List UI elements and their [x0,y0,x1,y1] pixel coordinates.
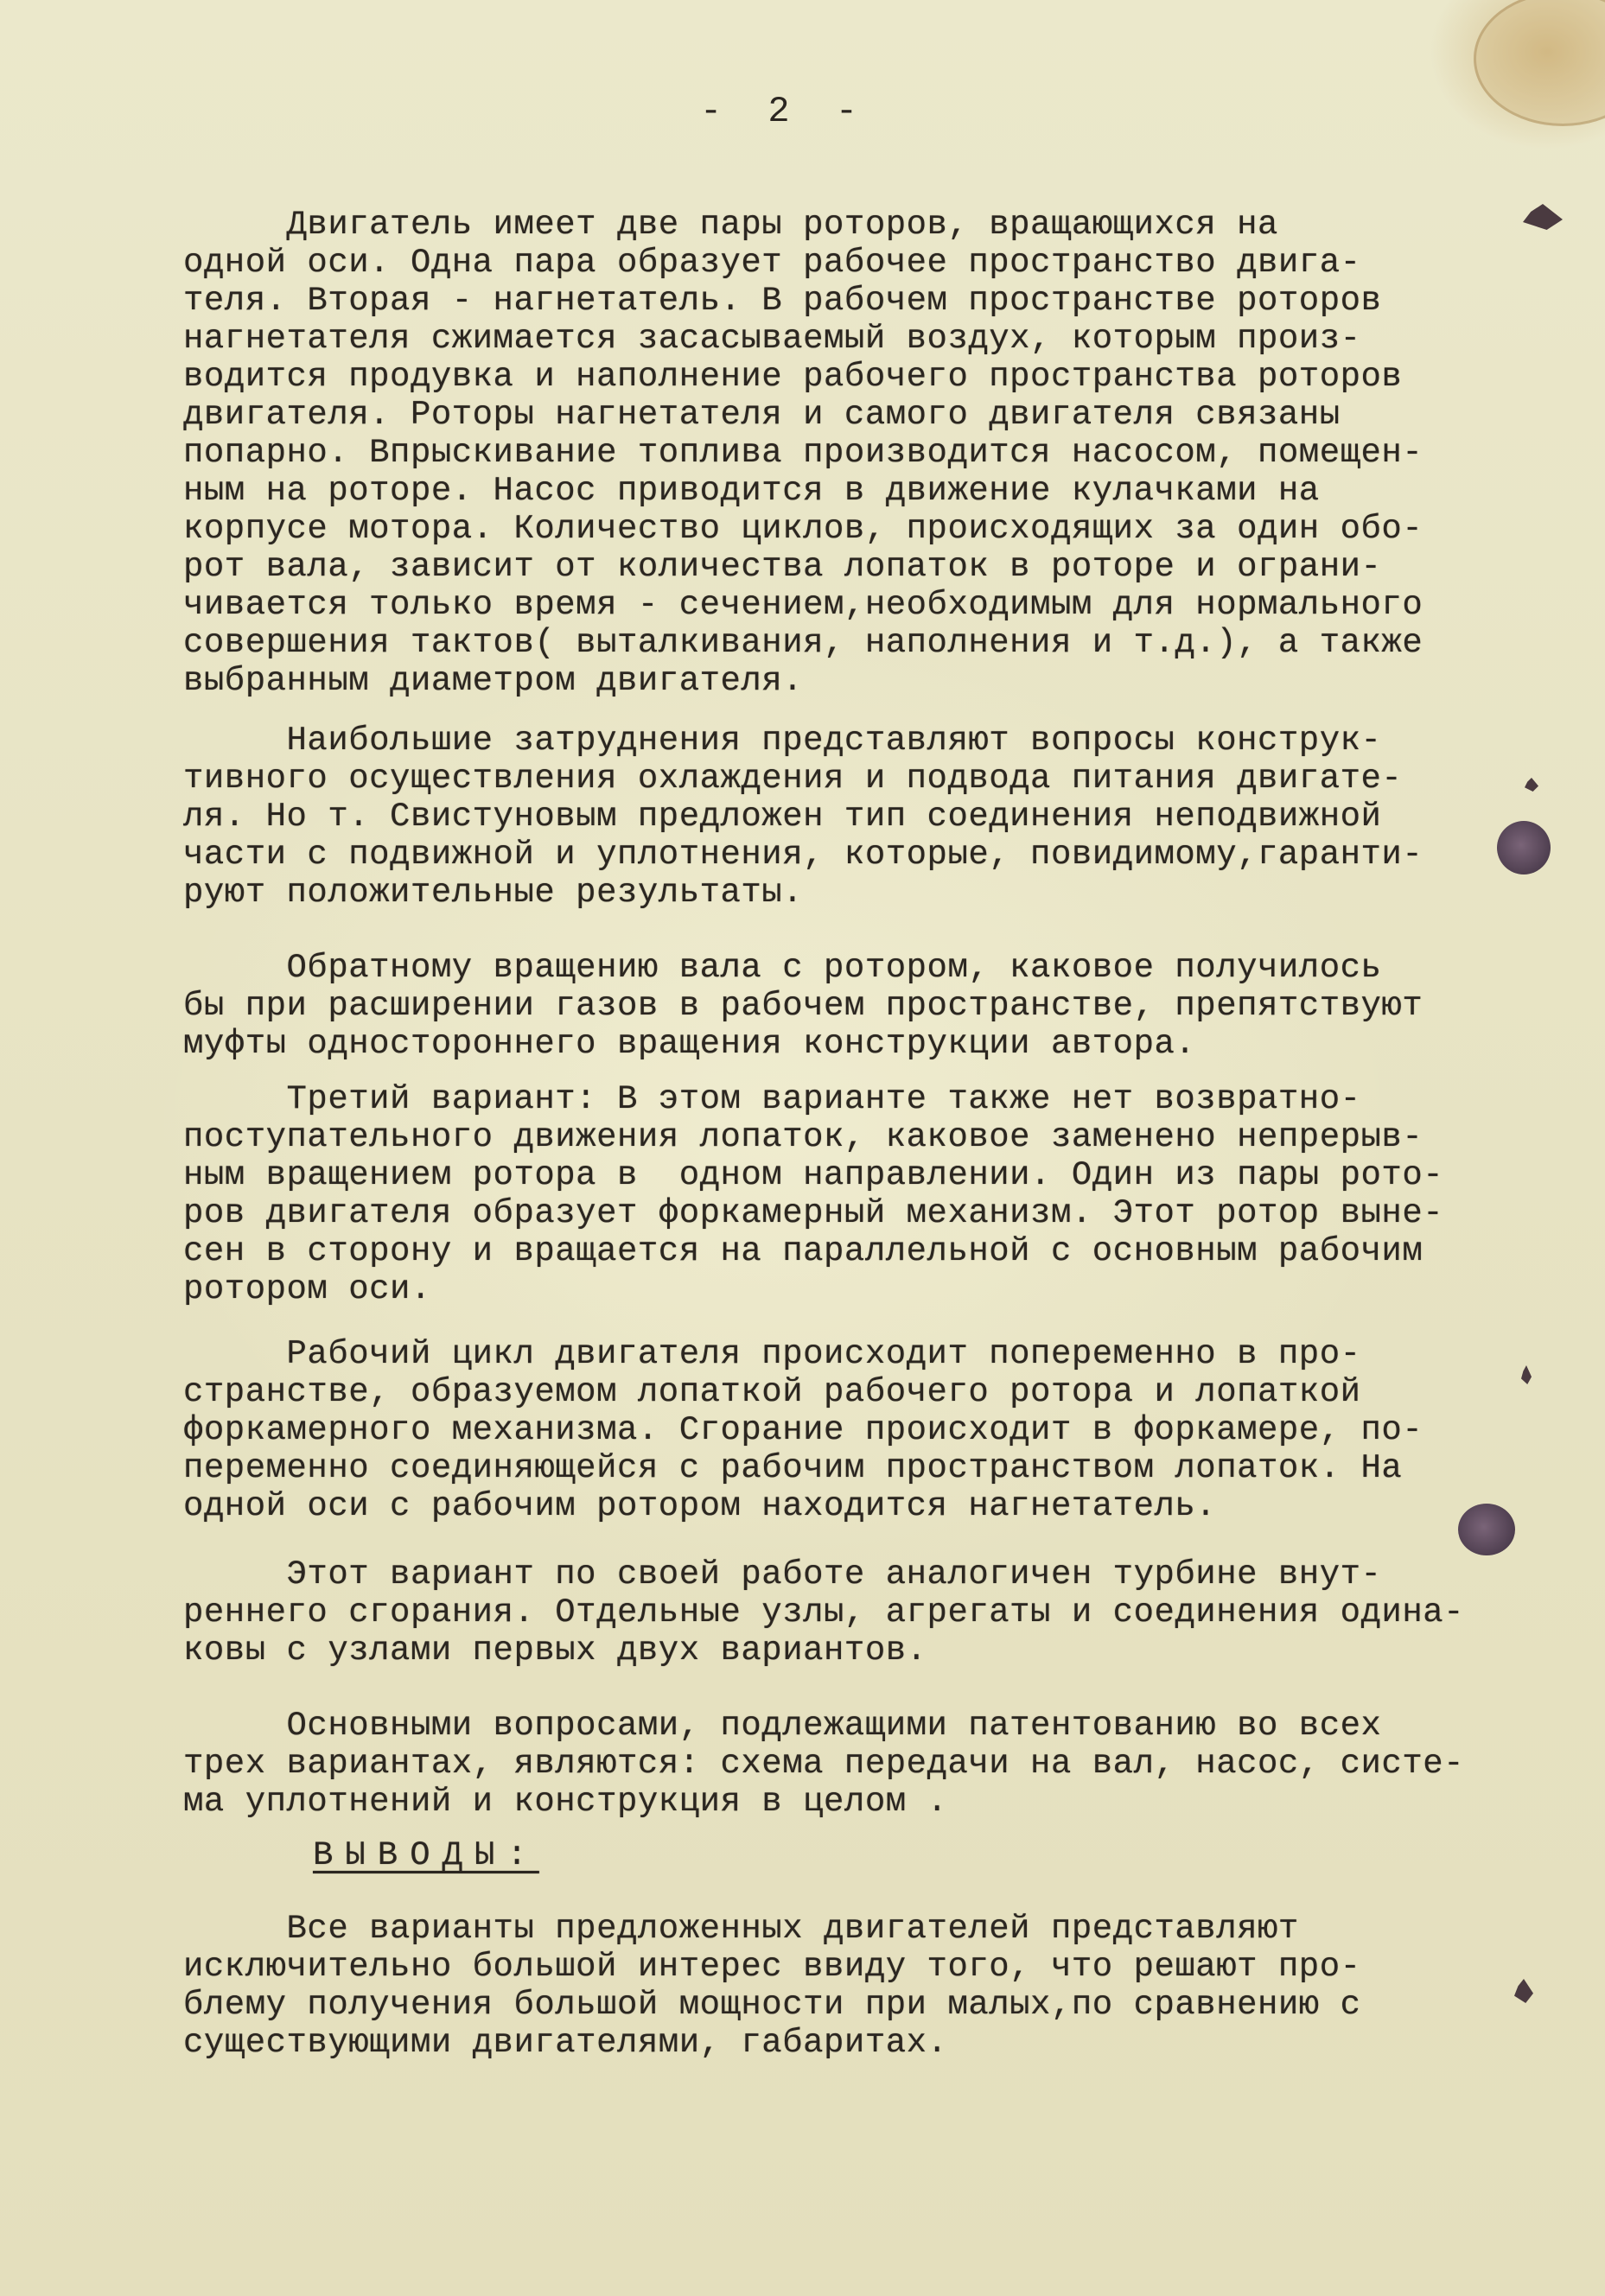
paragraph-difficulties: Наибольшие затруднения представляют вопр… [183,722,1549,912]
text-line: рот вала, зависит от количества лопаток … [183,548,1549,586]
text-line: корпусе мотора. Количество циклов, проис… [183,510,1549,548]
text-line: ров двигателя образует форкамерный механ… [183,1194,1549,1232]
text-line: Этот вариант по своей работе аналогичен … [183,1555,1549,1593]
text-line: странстве, образуемом лопаткой рабочего … [183,1373,1549,1411]
text-line: попарно. Впрыскивание топлива производит… [183,434,1549,472]
text-line: Наибольшие затруднения представляют вопр… [183,722,1549,760]
text-line: блему получения большой мощности при мал… [183,1986,1549,2024]
text-line: ным на роторе. Насос приводится в движен… [183,472,1549,510]
text-line: части с подвижной и уплотнения, которые,… [183,836,1549,874]
text-line: муфты одностороннего вращения конструкци… [183,1025,1549,1063]
paragraph-working-cycle: Рабочий цикл двигателя происходит попере… [183,1335,1549,1525]
text-line: сен в сторону и вращается на параллельно… [183,1232,1549,1270]
paragraph-patent-questions: Основными вопросами, подлежащими патенто… [183,1707,1549,1821]
text-line: ротором оси. [183,1270,1549,1308]
punch-hole [1497,821,1551,875]
text-line: теля. Вторая - нагнетатель. В рабочем пр… [183,282,1549,320]
page-number: - 2 - [700,91,869,132]
text-line: трех вариантах, являются: схема передачи… [183,1745,1549,1783]
paragraph-conclusions: Все варианты предложенных двигателей пре… [183,1910,1549,2062]
paragraph-third-variant: Третий вариант: В этом варианте также не… [183,1080,1549,1308]
text-line: нагнетателя сжимается засасываемый возду… [183,320,1549,358]
paragraph-engine-description: Двигатель имеет две пары роторов, вращаю… [183,206,1549,700]
paragraph-turbine-analogy: Этот вариант по своей работе аналогичен … [183,1555,1549,1670]
document-page: - 2 - Двигатель имеет две пары роторов, … [0,0,1605,2296]
text-line: руют положительные результаты. [183,874,1549,912]
text-line: тивного осуществления охлаждения и подво… [183,760,1549,798]
text-line: форкамерного механизма. Сгорание происхо… [183,1411,1549,1449]
text-line: поступательного движения лопаток, каково… [183,1118,1549,1156]
text-line: выбранным диаметром двигателя. [183,662,1549,700]
text-line: одной оси. Одна пара образует рабочее пр… [183,244,1549,282]
text-line: существующими двигателями, габаритах. [183,2024,1549,2062]
paragraph-reverse-rotation: Обратному вращению вала с ротором, каков… [183,949,1549,1063]
text-line: ковы с узлами первых двух вариантов. [183,1631,1549,1670]
text-line: Все варианты предложенных двигателей пре… [183,1910,1549,1948]
water-stain [1474,0,1605,126]
text-line: Рабочий цикл двигателя происходит попере… [183,1335,1549,1373]
text-line: ля. Но т. Свистуновым предложен тип соед… [183,798,1549,836]
text-line: Двигатель имеет две пары роторов, вращаю… [183,206,1549,244]
text-line: переменно соединяющейся с рабочим простр… [183,1449,1549,1487]
text-line: бы при расширении газов в рабочем простр… [183,987,1549,1025]
text-line: совершения тактов( выталкивания, наполне… [183,624,1549,662]
text-line: ма уплотнений и конструкция в целом . [183,1783,1549,1821]
conclusions-heading: ВЫВОДЫ: [313,1836,539,1874]
text-line: двигателя. Роторы нагнетателя и самого д… [183,396,1549,434]
text-line: водится продувка и наполнение рабочего п… [183,358,1549,396]
text-line: Обратному вращению вала с ротором, каков… [183,949,1549,987]
text-line: исключительно большой интерес ввиду того… [183,1948,1549,1986]
text-line: ным вращением ротора в одном направлении… [183,1156,1549,1194]
punch-hole [1458,1504,1515,1555]
text-line: Основными вопросами, подлежащими патенто… [183,1707,1549,1745]
text-line: одной оси с рабочим ротором находится на… [183,1487,1549,1525]
text-line: чивается только время - сечением,необход… [183,586,1549,624]
text-line: Третий вариант: В этом варианте также не… [183,1080,1549,1118]
text-line: реннего сгорания. Отдельные узлы, агрега… [183,1593,1549,1631]
